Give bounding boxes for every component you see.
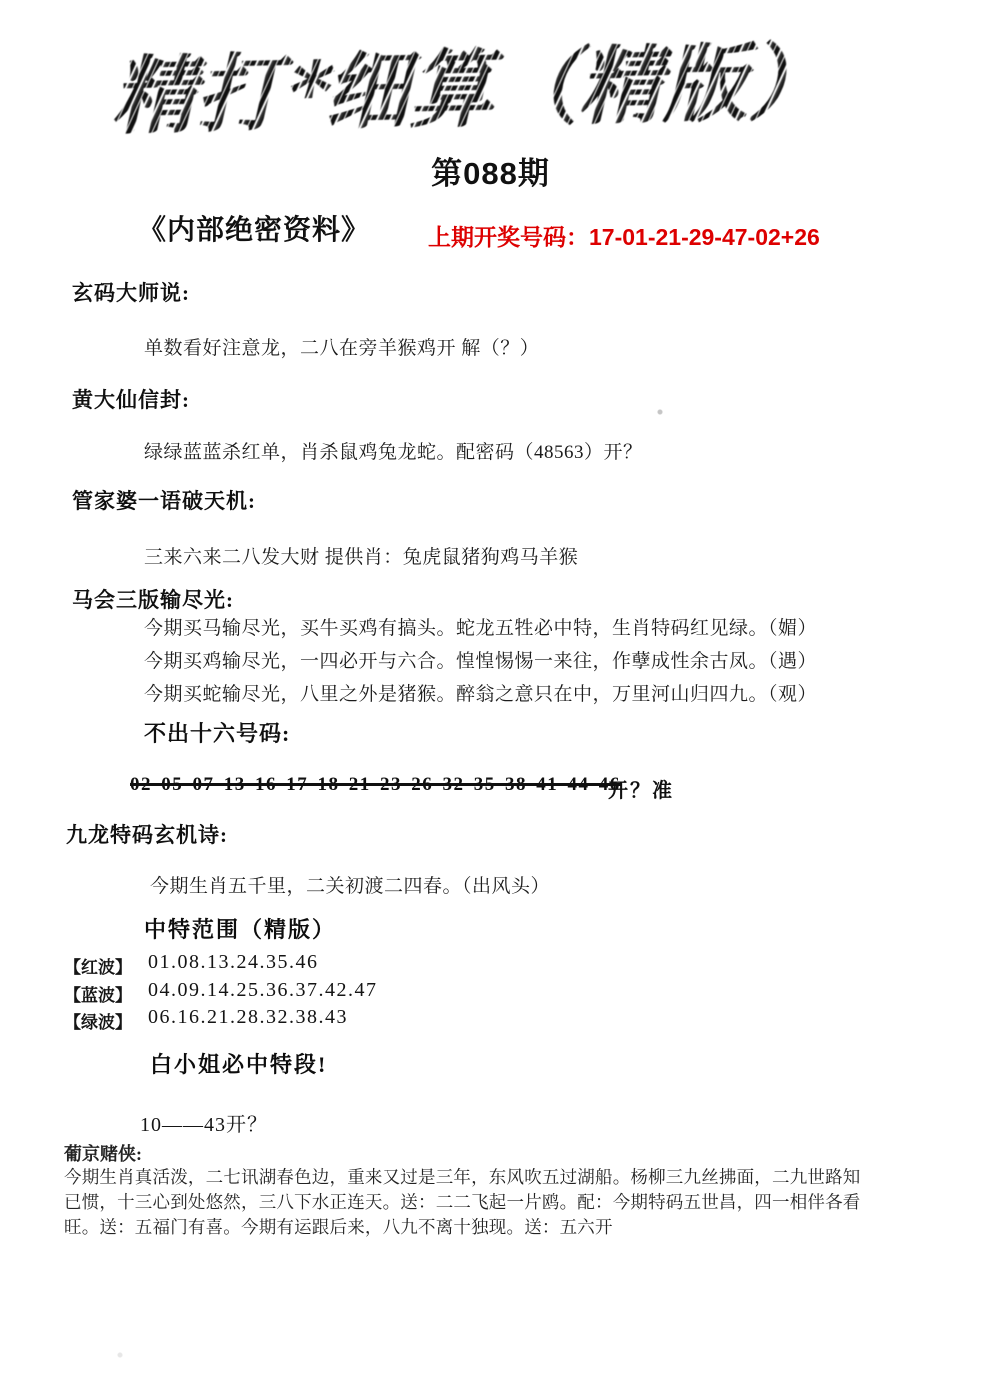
- range-heading: 中特范围（精版）: [144, 913, 336, 944]
- section-heading-sixteen: 不出十六号码:: [144, 717, 290, 748]
- section-heading-jiulong: 九龙特码玄机诗:: [66, 819, 228, 849]
- masthead-calligraphy-title: 精打*细算（精版）: [79, 14, 880, 151]
- baixiaojie-heading: 白小姐必中特段!: [150, 1048, 327, 1079]
- pujing-heading: 葡京赌侠:: [64, 1140, 142, 1166]
- section-heading-wong: 黄大仙信封:: [72, 384, 190, 414]
- wave-label-green: 【绿波】: [64, 1008, 132, 1033]
- wave-label-blue: 【蓝波】: [64, 981, 132, 1006]
- jiulong-verse: 今期生肖五千里，二关初渡二四春。（出风头）: [150, 871, 550, 898]
- wave-numbers-red: 01.08.13.24.35.46: [148, 951, 319, 974]
- baixiaojie-segment: 10——43开？: [140, 1108, 268, 1137]
- wave-numbers-green: 06.16.21.28.32.38.43: [148, 1006, 348, 1029]
- excluded-numbers-result: 开？准: [608, 774, 674, 803]
- issue-number: 第088期: [0, 148, 981, 193]
- tip-sheet-page: 精打*细算（精版） 第088期 《内部绝密资料》 上期开奖号码：17-01-21…: [0, 0, 981, 1388]
- last-draw-numbers: 上期开奖号码：17-01-21-29-47-02+26: [428, 219, 820, 252]
- shujinguang-line: 今期买鸡输尽光，一四必开与六合。惶惶惕惕一来往，作孽成性余古凤。（遇）: [144, 646, 817, 673]
- pujing-line: 今期生肖真活泼，二七讯湖春色边，重来又过是三年，东风吹五过湖船。杨柳三九丝拂面，…: [64, 1164, 861, 1189]
- pujing-line: 已惯，十三心到处悠然，三八下水正连天。送：二二飞起一片鸥。配：今期特码五世昌，四…: [64, 1189, 861, 1214]
- section-heading-master: 玄码大师说:: [72, 277, 190, 307]
- wave-label-red: 【红波】: [64, 953, 132, 978]
- wong-verse: 绿绿蓝蓝杀红单，肖杀鼠鸡兔龙蛇。配密码（48563）开？: [144, 437, 643, 464]
- shujinguang-line: 今期买蛇输尽光，八里之外是猪猴。醉翁之意只在中，万里河山归四九。（观）: [144, 679, 817, 706]
- wave-numbers-blue: 04.09.14.25.36.37.42.47: [148, 979, 378, 1002]
- section-heading-shujinguang: 马会三版输尽光:: [72, 584, 234, 614]
- pujing-line: 旺。送：五福门有喜。今期有运跟后来，八九不离十独现。送：五六开: [64, 1214, 613, 1239]
- shujinguang-line: 今期买马输尽光，买牛买鸡有搞头。蛇龙五牲必中特，生肖特码红见绿。（媚）: [144, 613, 817, 640]
- section-heading-housekeeper: 管家婆一语破天机:: [72, 485, 256, 515]
- housekeeper-verse: 三来六来二八发大财 提供肖：兔虎鼠猪狗鸡马羊猴: [144, 542, 578, 569]
- master-verse: 单数看好注意龙，二八在旁羊猴鸡开 解（？）: [144, 333, 539, 360]
- excluded-numbers-struck: 02 05 07 13 16 17 18 21 23 26 32 35 38 4…: [118, 774, 635, 796]
- secret-material-label: 《内部绝密资料》: [138, 208, 370, 248]
